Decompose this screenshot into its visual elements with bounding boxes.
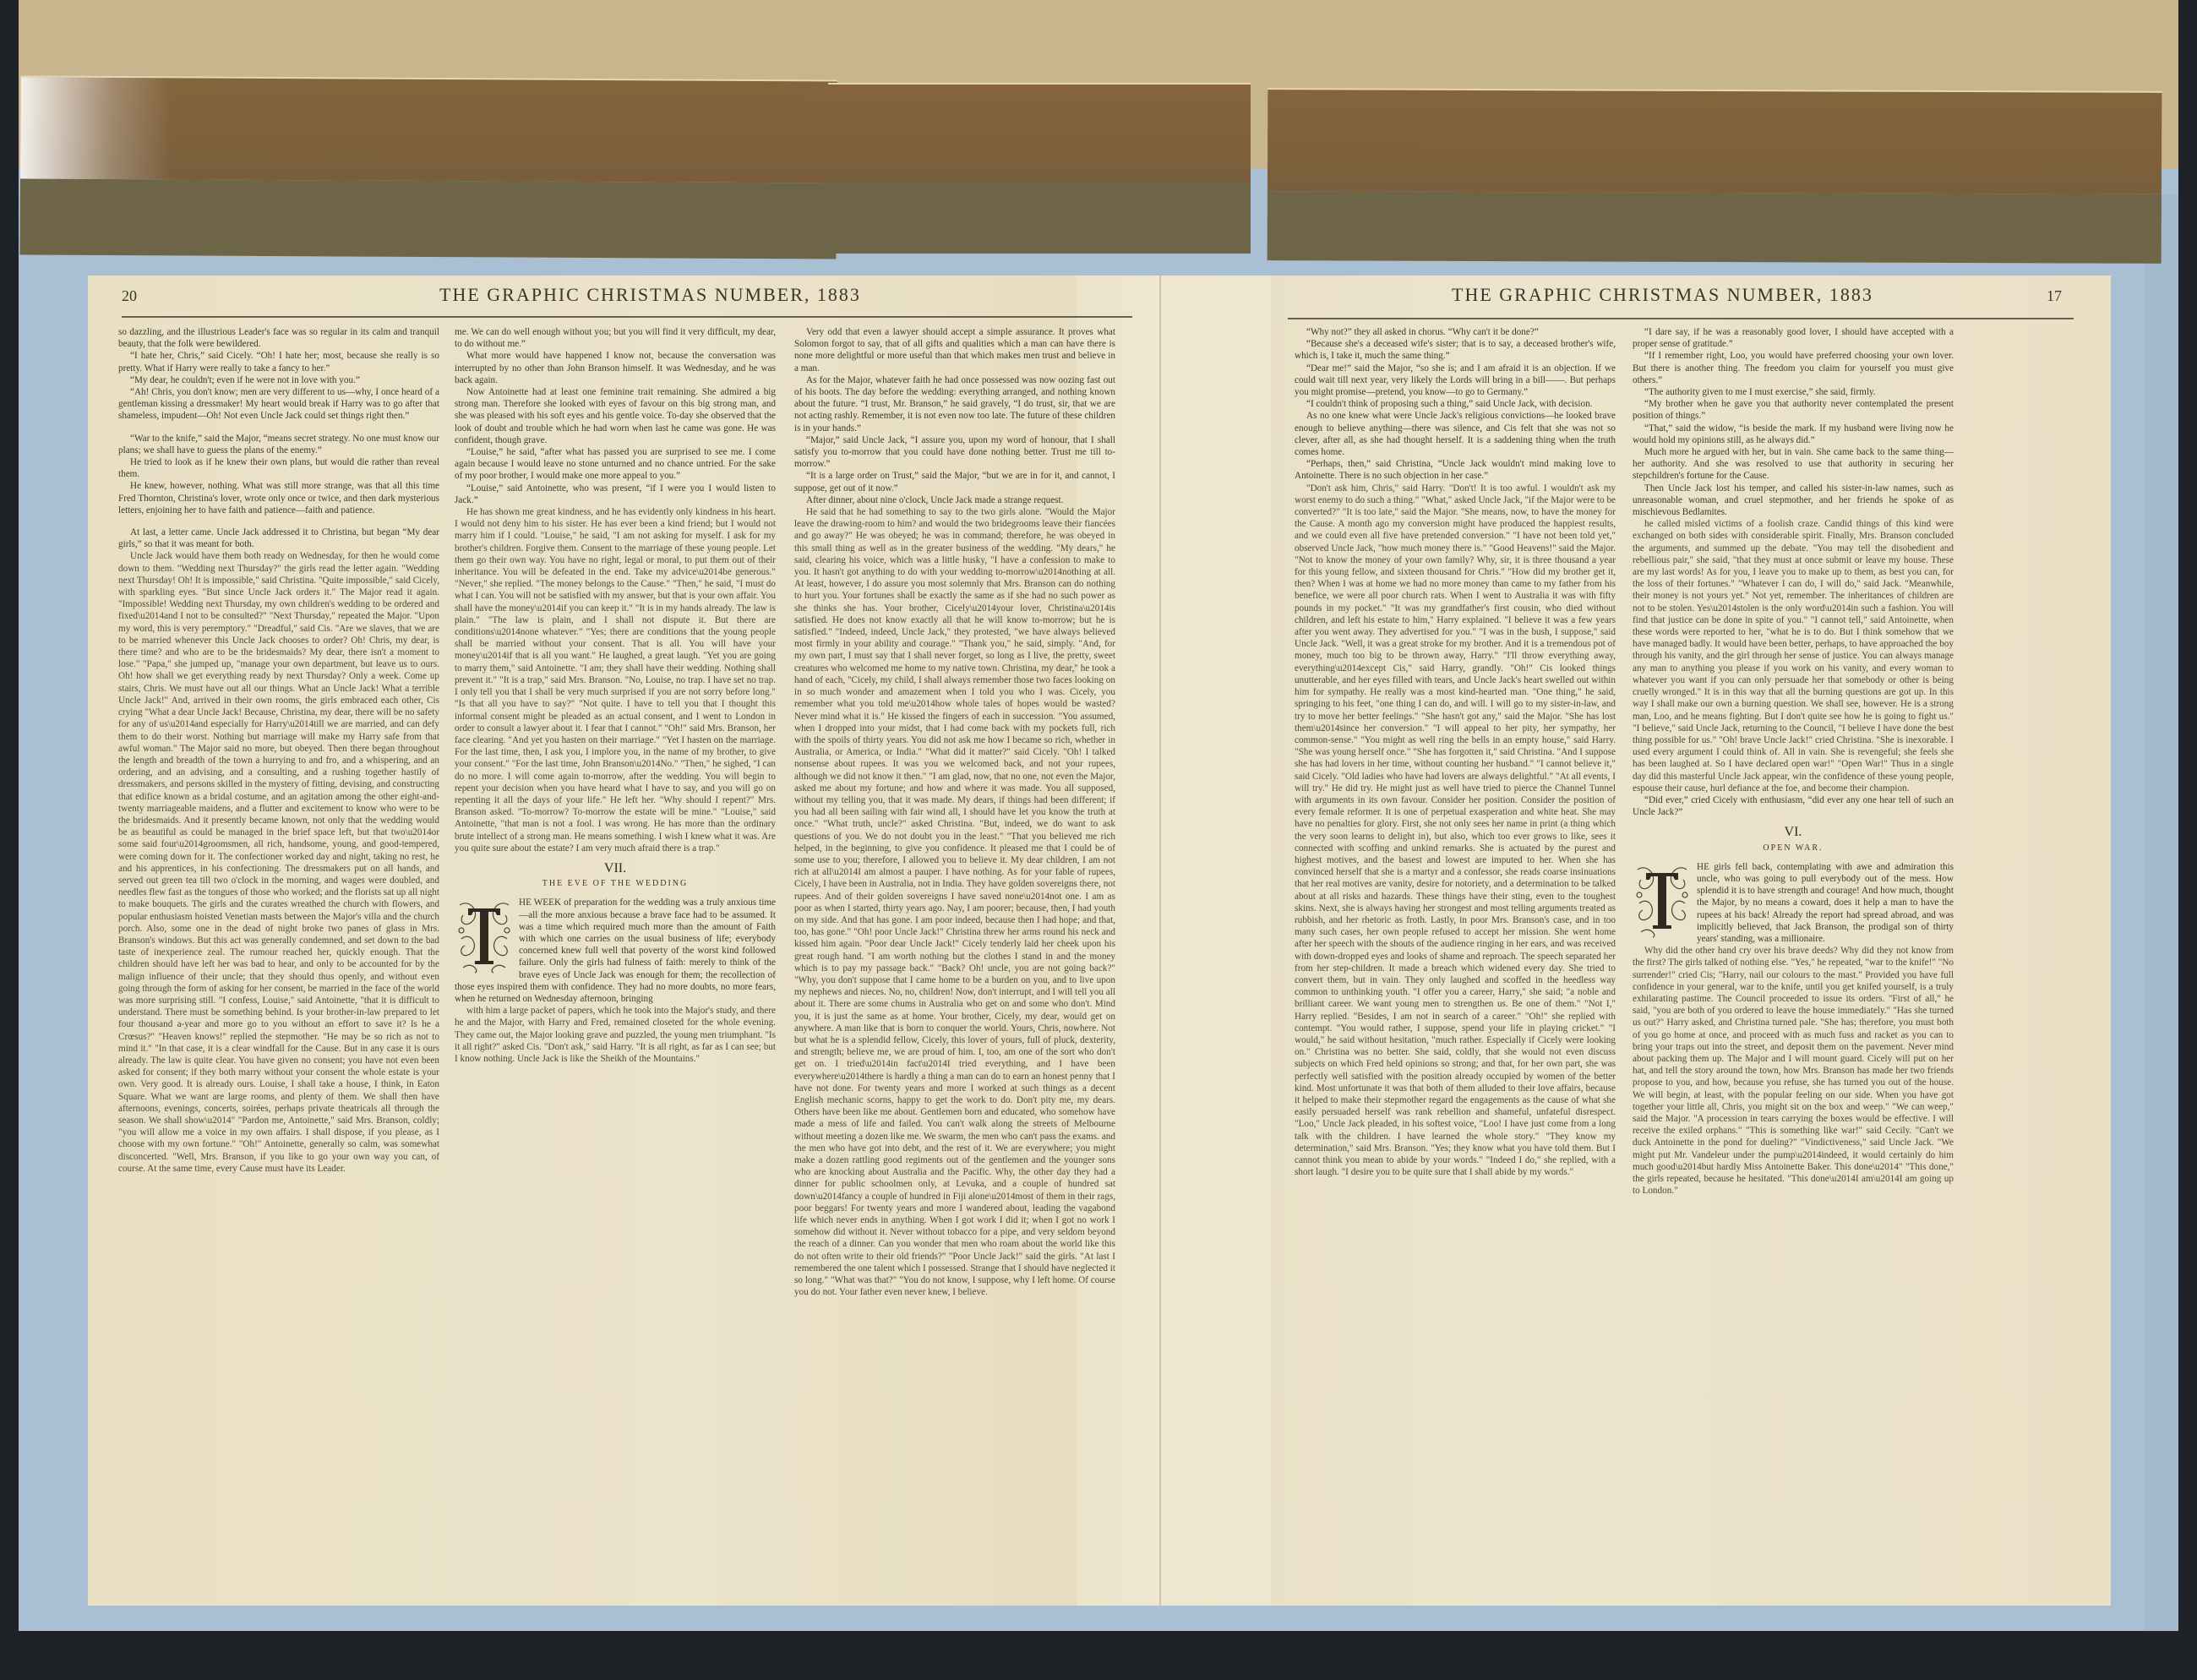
paragraph: “Why not?” they all asked in chorus. “Wh…: [1295, 326, 1616, 338]
paragraph: Very odd that even a lawyer should accep…: [794, 326, 1115, 374]
ornamental-dropcap-icon: [1633, 861, 1692, 939]
paragraph: He knew, however, nothing. What was stil…: [118, 480, 439, 516]
paragraph: “I dare say, if he was a reasonably good…: [1633, 326, 1954, 350]
left-column-3: Very odd that even a lawyer should accep…: [794, 326, 1115, 1577]
paragraph: “Ah! Chris, you don't know; men are very…: [118, 386, 439, 423]
paragraph: As for the Major, whatever faith he had …: [794, 374, 1115, 434]
paragraph: What more would have happened I know not…: [455, 350, 776, 386]
left-page-number: 20: [122, 287, 137, 305]
right-header-rule: [1288, 318, 2074, 319]
right-column-1: “Why not?” they all asked in chorus. “Wh…: [1295, 326, 1616, 1577]
paragraph-filler: "Don't ask him, Chris," said Harry. "Don…: [1295, 483, 1616, 1179]
blue-backing-edge: [2145, 194, 2178, 1631]
paragraph-filler: He said that he had something to say to …: [794, 506, 1115, 1298]
ornamental-dropcap-icon: [455, 897, 514, 974]
paragraph-filler: he called misled victims of a foolish cr…: [1633, 518, 1954, 794]
paragraph: Then Uncle Jack lost his temper, and cal…: [1633, 483, 1954, 519]
center-fold-crease: [1159, 275, 1161, 1606]
tape-strip-middle: [828, 83, 1251, 254]
paragraph-filler: Uncle Jack would have them both ready on…: [118, 550, 439, 1175]
paragraph: “If I remember right, Loo, you would hav…: [1633, 350, 1954, 386]
paragraph: “Because she's a deceased wife's sister;…: [1295, 338, 1616, 362]
left-column-1: so dazzling, and the illustrious Leader'…: [118, 326, 439, 1425]
paragraph-filler: Why did the other hand cry over his brav…: [1633, 945, 1954, 1197]
left-column-2: me. We can do well enough without you; b…: [455, 326, 776, 1577]
paragraph: “War to the knife,” said the Major, “mea…: [118, 433, 439, 456]
paragraph: Now Antoinette had at least one feminine…: [455, 386, 776, 446]
paragraph-filler: He has shown me great kindness, and he h…: [455, 506, 776, 854]
paragraph: me. We can do well enough without you; b…: [455, 326, 776, 350]
paragraph: “I hate her, Chris,” said Cicely. “Oh! I…: [118, 350, 439, 374]
paragraph: “Major,” said Uncle Jack, “I assure you,…: [794, 434, 1115, 471]
paragraph: “Perhaps, then,” said Christina, “Uncle …: [1295, 458, 1616, 482]
tape-strip-left: [19, 75, 837, 259]
tape-strip-right: [1267, 88, 2162, 264]
paragraph: He tried to look as if he knew their own…: [118, 456, 439, 480]
right-page-number: 17: [2047, 287, 2062, 305]
paragraph: “Dear me!” said the Major, “so she is; a…: [1295, 363, 1616, 399]
paragraph: “It is a large order on Trust,” said the…: [794, 470, 1115, 494]
paragraph: “The authority given to me I must exerci…: [1633, 386, 1954, 398]
section-title: OPEN WAR.: [1633, 843, 1954, 854]
mount-board: 20 THE GRAPHIC CHRISTMAS NUMBER, 1883 TH…: [0, 0, 2197, 1680]
paragraph: “Did ever,” cried Cicely with enthusiasm…: [1633, 794, 1954, 818]
paragraph: “I couldn't think of proposing such a th…: [1295, 398, 1616, 410]
paragraph: At last, a letter came. Uncle Jack addre…: [118, 526, 439, 550]
section-title: THE EVE OF THE WEDDING: [455, 878, 776, 890]
paragraph: “That,” said the widow, “is beside the m…: [1633, 423, 1954, 446]
paragraph-filler: with him a large packet of papers, which…: [455, 1005, 776, 1065]
paragraph: After dinner, about nine o'clock, Uncle …: [794, 494, 1115, 506]
paragraph: As no one knew what were Uncle Jack's re…: [1295, 410, 1616, 458]
paragraph: so dazzling, and the illustrious Leader'…: [118, 326, 439, 350]
paragraph: “Louise,” said Antoinette, who was prese…: [455, 483, 776, 506]
paragraph: Much more he argued with her, but in vai…: [1633, 446, 1954, 483]
right-column-2: “I dare say, if he was a reasonably good…: [1633, 326, 1954, 1577]
section-numeral: VI.: [1633, 826, 1954, 838]
left-running-head: THE GRAPHIC CHRISTMAS NUMBER, 1883: [439, 284, 861, 325]
newspaper-spread: 20 THE GRAPHIC CHRISTMAS NUMBER, 1883 TH…: [88, 275, 2111, 1606]
paragraph: “My brother when he gave you that author…: [1633, 398, 1954, 422]
left-header-rule: [122, 316, 1132, 318]
section-numeral: VII.: [455, 863, 776, 875]
paragraph: “Louise,” he said, “after what has passe…: [455, 446, 776, 483]
paragraph: “My dear, he couldn't; even if he were n…: [118, 374, 439, 386]
